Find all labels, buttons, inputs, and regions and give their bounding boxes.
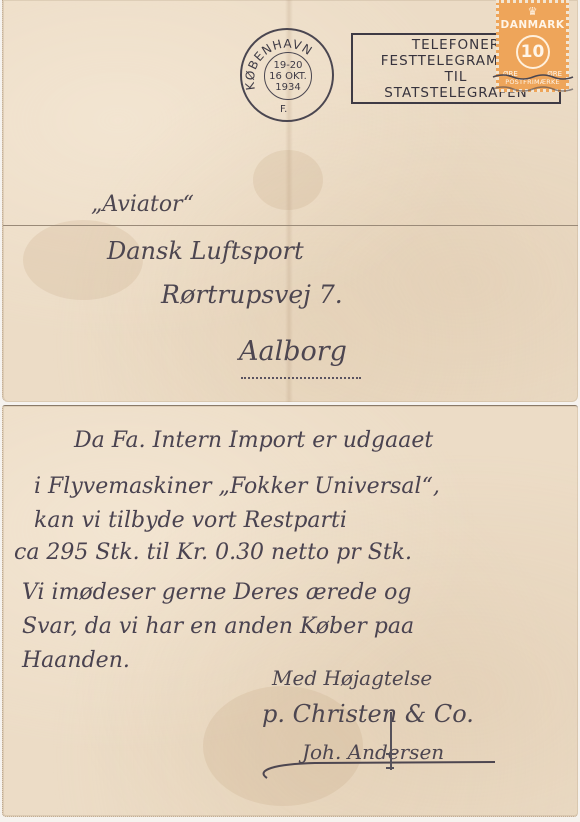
message-line: Haanden. bbox=[22, 648, 130, 673]
postmark: KØBENHAVN 19-20 16 OKT. 1934 F. bbox=[240, 28, 334, 122]
address-side-panel: KØBENHAVN 19-20 16 OKT. 1934 F. TELEFONE… bbox=[2, 0, 578, 402]
message-line: i Flyvemaskiner „Fokker Universal“, bbox=[34, 474, 440, 499]
signature-flourish bbox=[255, 758, 500, 780]
stamp-country: DANMARK bbox=[499, 19, 566, 31]
message-line: ca 295 Stk. til Kr. 0.30 netto pr Stk. bbox=[14, 540, 412, 565]
pencil-mark bbox=[384, 712, 398, 770]
postmark-year: 1934 bbox=[275, 82, 300, 93]
message-line: kan vi tilbyde vort Restparti bbox=[34, 508, 347, 533]
city-underline bbox=[241, 376, 361, 379]
postmark-date: 19-20 16 OKT. 1934 bbox=[264, 52, 312, 100]
postmark-office-letter: F. bbox=[280, 104, 287, 115]
message-line: Da Fa. Intern Import er udgaaet bbox=[74, 428, 433, 453]
recipient-name: „Aviator“ bbox=[91, 192, 194, 217]
message-line: Vi imødeser gerne Deres ærede og bbox=[22, 580, 412, 605]
crown-icon: ♛ bbox=[499, 5, 566, 18]
closing-salutation: Med Højagtelse bbox=[272, 666, 432, 690]
recipient-organization: Dansk Luftsport bbox=[107, 237, 304, 265]
recipient-city: Aalborg bbox=[239, 336, 347, 367]
postmark-daymonth: 16 OKT. bbox=[269, 71, 307, 82]
message-side-panel bbox=[2, 405, 578, 817]
postmark-time: 19-20 bbox=[273, 60, 302, 71]
wavy-cancel-lines bbox=[483, 55, 580, 105]
fold-line bbox=[3, 225, 578, 226]
paper-stain bbox=[253, 150, 323, 210]
company-name: p. Christen & Co. bbox=[262, 700, 474, 728]
recipient-street: Rørtrupsvej 7. bbox=[161, 280, 343, 309]
message-line: Svar, da vi har en anden Køber paa bbox=[22, 614, 414, 639]
